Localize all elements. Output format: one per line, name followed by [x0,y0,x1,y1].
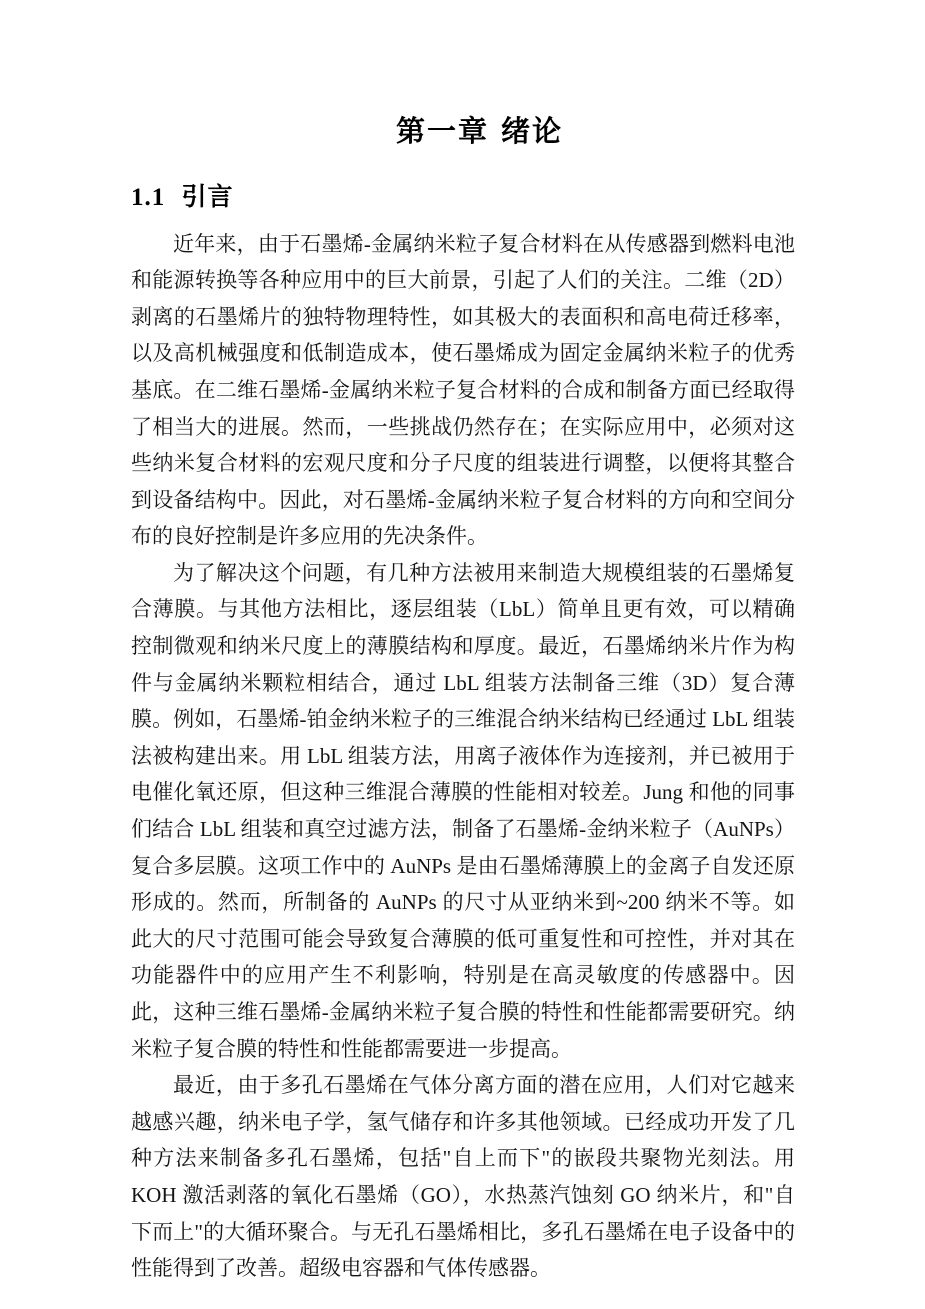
body-paragraph-2: 为了解决这个问题，有几种方法被用来制造大规模组装的石墨烯复合薄膜。与其他方法相比… [131,555,795,1067]
section-heading: 1.1 引言 [131,183,925,213]
document-page: 第一章 绪论 1.1 引言 近年来，由于石墨烯-金属纳米粒子复合材料在从传感器到… [0,0,925,1309]
chapter-title: 第一章 绪论 [17,0,925,149]
section-label: 引言 [182,182,234,211]
body-paragraph-3: 最近，由于多孔石墨烯在气体分离方面的潜在应用，人们对它越来越感兴趣，纳米电子学，… [131,1067,795,1287]
section-number: 1.1 [131,184,165,211]
body-text: 近年来，由于石墨烯-金属纳米粒子复合材料在从传感器到燃料电池和能源转换等各种应用… [131,226,795,1287]
body-paragraph-1: 近年来，由于石墨烯-金属纳米粒子复合材料在从传感器到燃料电池和能源转换等各种应用… [131,226,795,555]
